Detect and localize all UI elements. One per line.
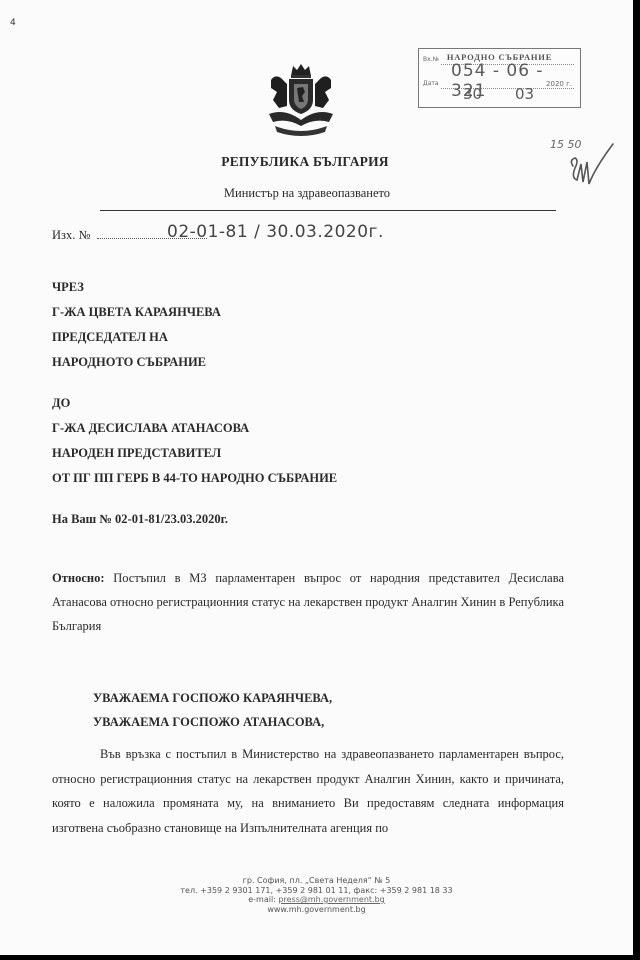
footer-email-row: e-mail: press@mh.government.bg (0, 895, 633, 905)
footer-email-link[interactable]: press@mh.government.bg (278, 895, 384, 904)
recipient-block: ДО Г-ЖА ДЕСИСЛАВА АТАНАСОВА НАРОДЕН ПРЕД… (52, 391, 337, 491)
handwritten-signature-icon (565, 138, 620, 188)
salutation-line: УВАЖАЕМА ГОСПОЖО АТАНАСОВА, (93, 710, 332, 734)
recipient-line: ОТ ПГ ПП ГЕРБ В 44-ТО НАРОДНО СЪБРАНИЕ (52, 466, 337, 491)
via-line: Г-ЖА ЦВЕТА КАРАЯНЧЕВА (52, 300, 221, 325)
via-line: НАРОДНОТО СЪБРАНИЕ (52, 350, 221, 375)
subject-label: Относно: (52, 571, 104, 585)
document-page: 4 РЕПУБЛИКА БЪЛГАРИЯ Министър на здравео… (0, 0, 633, 955)
stamp-date-day: 30 (463, 85, 482, 103)
recipient-line: Г-ЖА ДЕСИСЛАВА АТАНАСОВА (52, 416, 337, 441)
salutation: УВАЖАЕМА ГОСПОЖО КАРАЯНЧЕВА, УВАЖАЕМА ГО… (93, 686, 332, 734)
subject-text: Постъпил в МЗ парламентарен въпрос от на… (52, 571, 564, 633)
republic-title: РЕПУБЛИКА БЪЛГАРИЯ (0, 154, 610, 170)
footer-website[interactable]: www.mh.government.bg (0, 905, 633, 915)
recipient-line: НАРОДЕН ПРЕДСТАВИТЕЛ (52, 441, 337, 466)
stamp-date-label: Дата (423, 80, 439, 87)
ministry-name: Министър на здравеопазването (0, 186, 614, 201)
stamp-date-month: 03 (515, 85, 534, 103)
page-marker: 4 (10, 18, 16, 28)
header-divider (100, 210, 556, 211)
registration-stamp: НАРОДНО СЪБРАНИЕ Вх.№ 054 - 06 - 321 Дат… (418, 48, 581, 108)
via-line: ПРЕДСЕДАТЕЛ НА (52, 325, 221, 350)
stamp-reg-label: Вх.№ (423, 56, 439, 63)
footer-contacts: гр. София, пл. „Света Неделя“ № 5 тел. +… (0, 876, 633, 914)
recipient-line: ДО (52, 391, 337, 416)
stamp-date-line (441, 88, 574, 89)
stamp-date-year: 2020 г. (546, 80, 572, 88)
via-block: ЧРЕЗ Г-ЖА ЦВЕТА КАРАЯНЧЕВА ПРЕДСЕДАТЕЛ Н… (52, 275, 221, 375)
reference-number: На Ваш № 02-01-81/23.03.2020г. (52, 512, 228, 527)
outgoing-handwritten-value: 02-01-81 / 30.03.2020г. (167, 222, 384, 242)
outgoing-number: Изх. № 02-01-81 / 30.03.2020г. (52, 228, 207, 243)
salutation-line: УВАЖАЕМА ГОСПОЖО КАРАЯНЧЕВА, (93, 686, 332, 710)
footer-address: гр. София, пл. „Света Неделя“ № 5 (0, 876, 633, 886)
outgoing-label: Изх. № (52, 228, 90, 242)
footer-email-label: e-mail: (248, 895, 278, 904)
footer-phones: тел. +359 2 9301 171, +359 2 981 01 11, … (0, 886, 633, 896)
body-paragraph: Във връзка с постъпил в Министерство на … (52, 742, 564, 840)
bulgaria-coat-of-arms-icon (265, 62, 337, 142)
subject-paragraph: Относно: Постъпил в МЗ парламентарен въп… (52, 566, 564, 638)
via-line: ЧРЕЗ (52, 275, 221, 300)
